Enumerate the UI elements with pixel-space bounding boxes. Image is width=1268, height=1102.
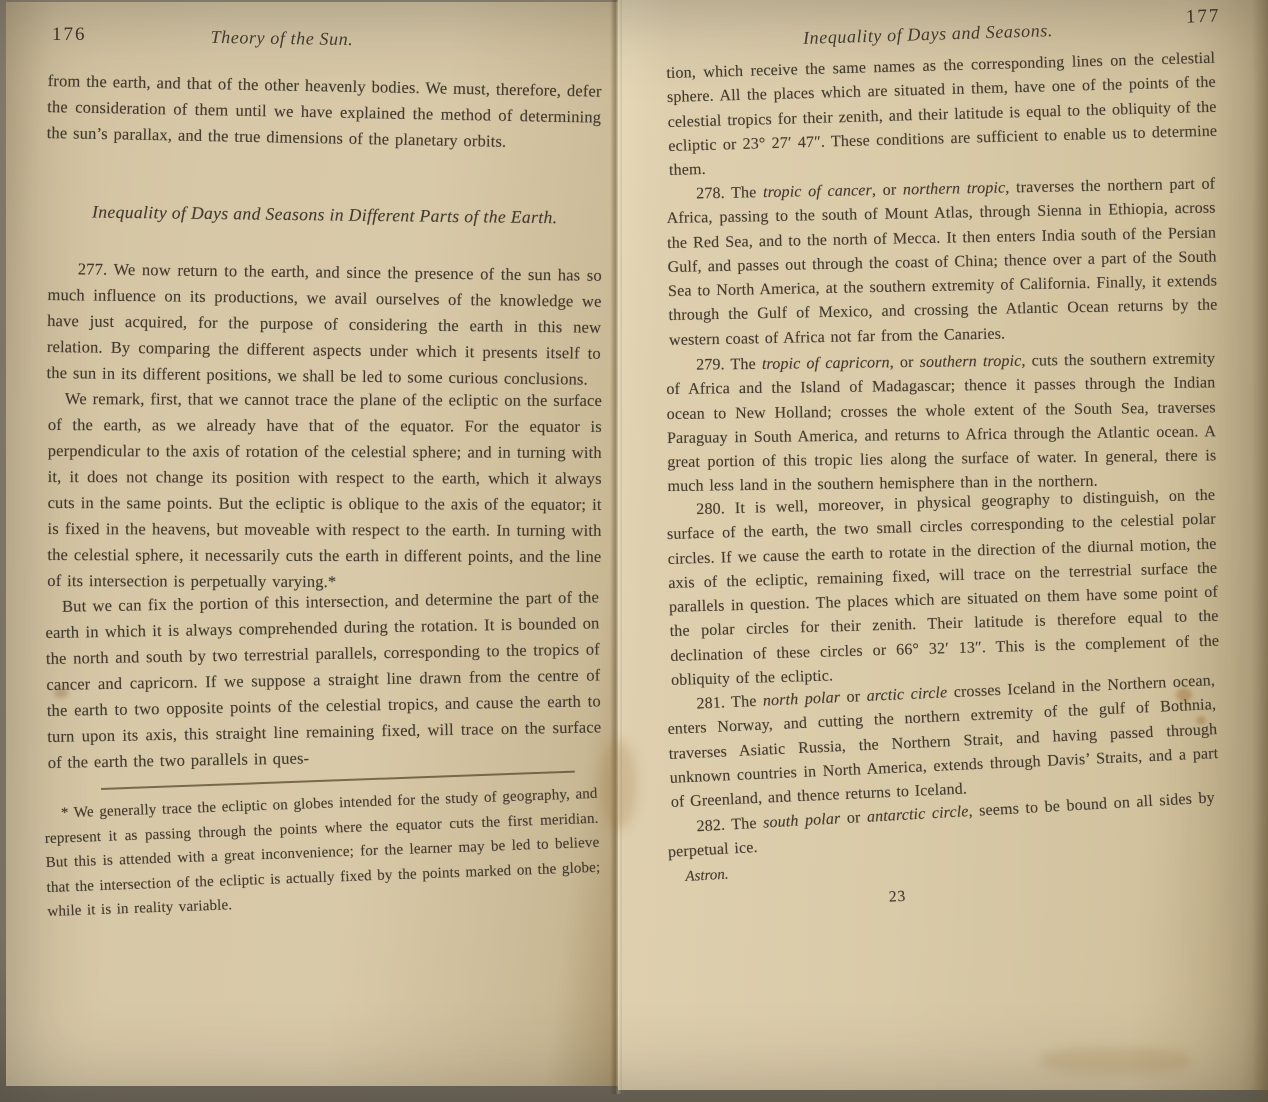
right-page-text: tion, which receive the same names as th…	[618, 0, 1268, 922]
section-heading: Inequality of Days and Seasons in Differ…	[48, 198, 602, 231]
paragraph-278: 278. The tropic of cancer, or northern t…	[666, 173, 1218, 354]
left-page: 176 Theory of the Sun. from the earth, a…	[6, 2, 618, 1086]
spine-crease	[610, 0, 622, 1094]
footnote-block: * We generally trace the ecliptic on glo…	[43, 770, 602, 925]
paragraph-fix: But we can fix the portion of this inter…	[45, 584, 602, 776]
paragraph-continuation: tion, which receive the same names as th…	[666, 47, 1218, 184]
paragraph-279: 279. The tropic of capricorn, or souther…	[666, 347, 1217, 499]
footnote-text: * We generally trace the ecliptic on glo…	[43, 782, 601, 925]
right-page: Inequality of Days and Seasons. 177 tion…	[618, 0, 1268, 1090]
paragraph-277: 277. We now return to the earth, and sin…	[46, 256, 602, 393]
book-photo: 176 Theory of the Sun. from the earth, a…	[0, 0, 1268, 1102]
fore-edge	[1252, 0, 1268, 1102]
left-page-text: from the earth, and that of the other he…	[6, 2, 618, 925]
paragraph-intro: from the earth, and that of the other he…	[47, 68, 602, 157]
paragraph-remark: We remark, first, that we cannot trace t…	[47, 386, 602, 596]
paragraph-280: 280. It is well, moreover, in physical g…	[666, 484, 1220, 694]
